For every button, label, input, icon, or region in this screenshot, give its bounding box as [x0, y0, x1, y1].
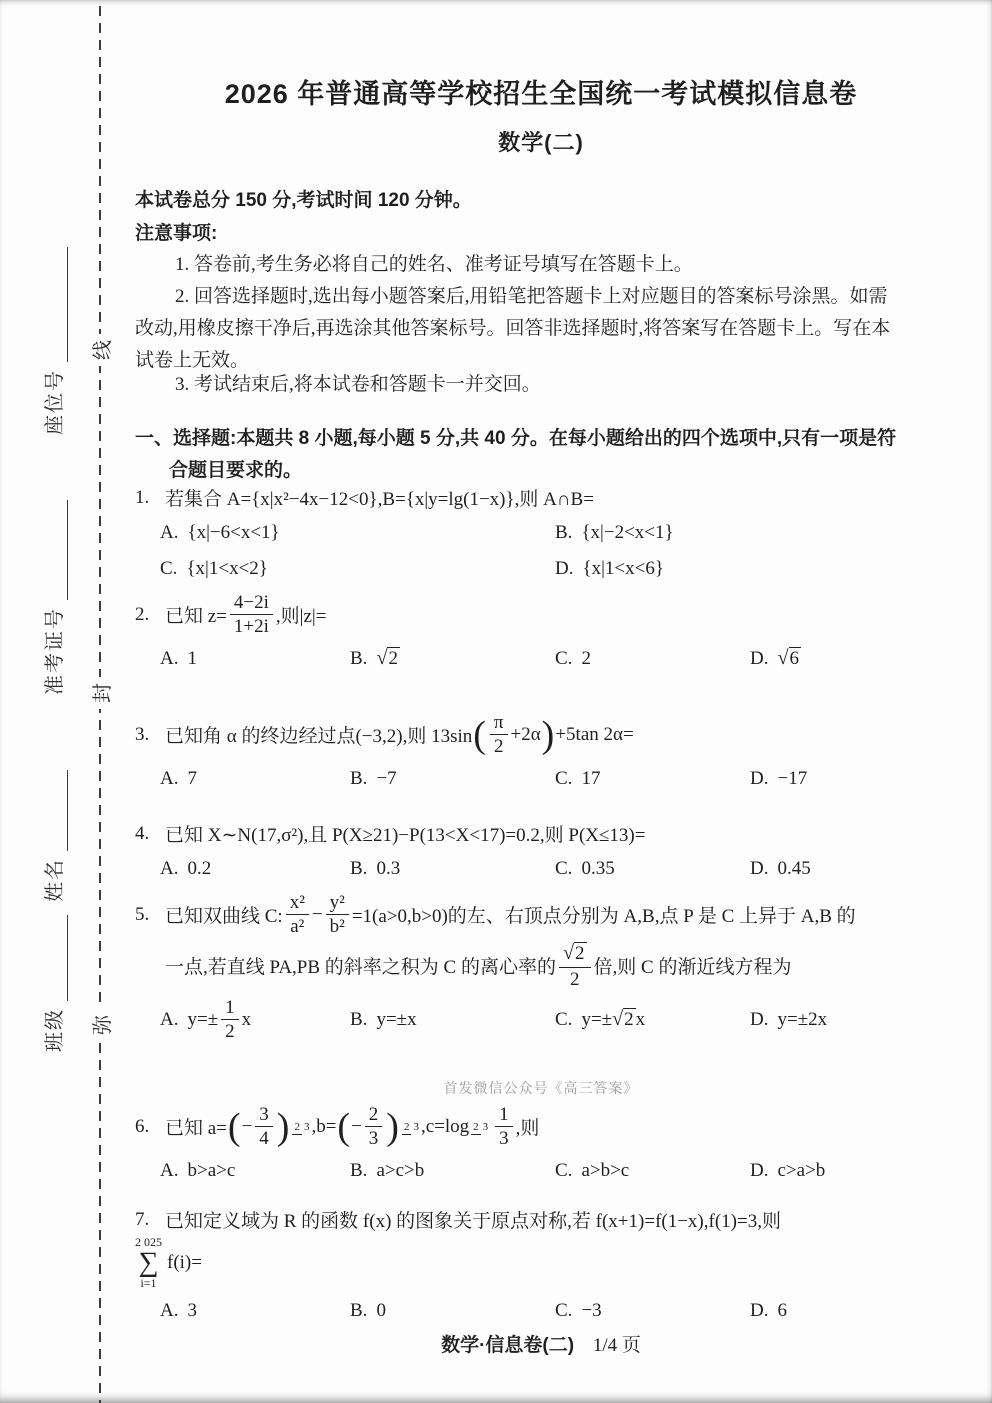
- notice-item-3: 3. 考试结束后,将本试卷和答题卡一并交回。: [135, 370, 947, 400]
- notice-item-2-line1: 2. 回答选择题时,选出每小题答案后,用铅笔把答题卡上对应题目的答案标号涂黑。如…: [135, 282, 947, 312]
- option-a: A.1: [160, 644, 350, 674]
- sqrt: 2: [612, 1008, 636, 1031]
- seal-field-name: 姓名: [42, 770, 68, 902]
- notice-item-1: 1. 答卷前,考生务必将自己的姓名、准考证号填写在答题卡上。: [135, 250, 947, 280]
- option-d: D.c>a>b: [750, 1156, 947, 1186]
- fraction: 23: [365, 1104, 383, 1149]
- seal-field-class: 班级: [42, 915, 68, 1052]
- option-c: C.−3: [555, 1296, 750, 1326]
- option-d: D.y=±2x: [750, 997, 947, 1042]
- question-5: 5. 已知双曲线 C: x²a² − y²b² =1(a>0,b>0)的左、右顶…: [135, 892, 947, 1042]
- section-1-title-line2: 合题目要求的。: [135, 456, 947, 486]
- option-c: C.{x|1<x<2}: [160, 554, 555, 584]
- question-1-options: A.{x|−6<x<1} B.{x|−2<x<1} C.{x|1<x<2} D.…: [135, 518, 947, 584]
- fraction: 13: [495, 1104, 513, 1149]
- question-3: 3. 已知角 α 的终边经过点(−3,2),则 13sin ( π2 +2α )…: [135, 712, 947, 794]
- paper-subtitle: 数学(二): [135, 126, 947, 157]
- question-stem: 已知 X∼N(17,σ²),且 P(X≥21)−P(13<X<17)=0.2,则…: [165, 820, 645, 847]
- question-stem: 若集合 A={x|x²−4x−12<0},B={x|y=lg(1−x)},则 A…: [165, 484, 594, 511]
- question-number: 6.: [135, 1116, 165, 1138]
- sigma-symbol: ∑: [139, 1248, 159, 1277]
- question-3-options: A.7 B.−7 C.17 D.−17: [135, 764, 947, 794]
- option-c: C.y=±2x: [555, 997, 750, 1042]
- option-c: C.17: [555, 764, 750, 794]
- question-2: 2. 已知 z= 4−2i1+2i ,则|z|= A.1 B.2 C.2 D.6: [135, 592, 947, 674]
- option-b: B.0.3: [350, 854, 555, 884]
- question-number: 5.: [135, 904, 165, 926]
- fraction: 34: [255, 1104, 273, 1149]
- exponent-fraction: 23: [402, 1121, 421, 1133]
- seal-field-seat-number: 座位号: [42, 247, 68, 435]
- option-d: D.{x|1<x<6}: [555, 554, 947, 584]
- fraction: 22: [559, 941, 591, 990]
- seat-number-label: 座位号: [42, 369, 68, 435]
- option-d: D.6: [750, 644, 947, 674]
- question-2-options: A.1 B.2 C.2 D.6: [135, 644, 947, 674]
- question-6-options: A.b>a>c B.a>c>b C.a>b>c D.c>a>b: [135, 1156, 947, 1186]
- option-d: D.6: [750, 1296, 947, 1326]
- notice-title: 注意事项:: [135, 219, 947, 249]
- option-b: B.0: [350, 1296, 555, 1326]
- question-number: 4.: [135, 823, 165, 845]
- section-1-title-line1: 一、选择题:本题共 8 小题,每小题 5 分,共 40 分。在每小题给出的四个选…: [135, 424, 947, 454]
- sqrt: 6: [777, 647, 801, 670]
- option-b: B.y=±x: [350, 997, 555, 1042]
- question-number: 1.: [135, 487, 165, 509]
- watermark: 首发微信公众号《高三答案》: [135, 1078, 947, 1098]
- question-number: 2.: [135, 604, 165, 626]
- notice-item-2-line2: 改动,用橡皮擦干净后,再选涂其他答案标号。回答非选择题时,将答案写在答题卡上。写…: [135, 314, 947, 344]
- question-stem: 已知角 α 的终边经过点(−3,2),则 13sin: [165, 721, 472, 748]
- option-a: A.7: [160, 764, 350, 794]
- log-base-fraction: 23: [471, 1121, 490, 1133]
- sqrt: 2: [376, 647, 400, 670]
- question-stem: 已知 a=: [165, 1113, 227, 1140]
- seal-field-admission-number: 准考证号: [42, 500, 68, 695]
- name-label: 姓名: [42, 858, 68, 902]
- option-d: D.0.45: [750, 854, 947, 884]
- question-stem: 已知定义域为 R 的函数 f(x) 的图象关于原点对称,若 f(x+1)=f(1…: [165, 1206, 781, 1233]
- option-a: A.0.2: [160, 854, 350, 884]
- option-b: B.{x|−2<x<1}: [555, 518, 947, 548]
- option-b: B.2: [350, 644, 555, 674]
- question-number: 7.: [135, 1209, 165, 1231]
- exponent-fraction: 23: [292, 1121, 311, 1133]
- exam-summary: 本试卷总分 150 分,考试时间 120 分钟。: [135, 186, 947, 216]
- summation: 2 025∑i=1: [135, 1236, 162, 1289]
- question-4: 4. 已知 X∼N(17,σ²),且 P(X≥21)−P(13<X<17)=0.…: [135, 820, 947, 884]
- admission-number-blank: [46, 500, 68, 600]
- question-stem-continued: 一点,若直线 PA,PB 的斜率之积为 C 的离心率的: [165, 952, 556, 979]
- name-blank: [46, 770, 68, 851]
- question-7-options: A.3 B.0 C.−3 D.6: [135, 1296, 947, 1326]
- footer-page-number: 1/4 页: [593, 1335, 641, 1356]
- seal-char-feng: 封: [84, 677, 116, 709]
- paper-title: 2026 年普通高等学校招生全国统一考试模拟信息卷: [135, 72, 947, 111]
- option-b: B.−7: [350, 764, 555, 794]
- option-c: C.0.35: [555, 854, 750, 884]
- option-c: C.2: [555, 644, 750, 674]
- question-7: 7. 已知定义域为 R 的函数 f(x) 的图象关于原点对称,若 f(x+1)=…: [135, 1206, 947, 1326]
- fraction: 4−2i1+2i: [230, 592, 273, 637]
- option-a: A.3: [160, 1296, 350, 1326]
- fraction: 12: [221, 997, 239, 1042]
- question-number: 3.: [135, 724, 165, 746]
- option-a: A.b>a>c: [160, 1156, 350, 1186]
- fraction: y²b²: [326, 892, 349, 937]
- option-a: A.{x|−6<x<1}: [160, 518, 555, 548]
- question-4-options: A.0.2 B.0.3 C.0.35 D.0.45: [135, 854, 947, 884]
- fraction: π2: [490, 712, 508, 757]
- seal-char-xian: 线: [84, 334, 116, 366]
- option-a: A.y=±12x: [160, 997, 350, 1042]
- question-1: 1. 若集合 A={x|x²−4x−12<0},B={x|y=lg(1−x)},…: [135, 484, 947, 584]
- class-blank: [46, 915, 68, 1001]
- exam-paper-page: 线 封 弥 座位号 准考证号 姓名 班级 2026 年普通高等学校招生全国统一考…: [0, 0, 992, 1403]
- option-b: B.a>c>b: [350, 1156, 555, 1186]
- option-c: C.a>b>c: [555, 1156, 750, 1186]
- question-6: 6. 已知 a= ( − 34 ) 23 ,b= ( − 23 ) 23 ,c=…: [135, 1104, 947, 1186]
- admission-number-label: 准考证号: [42, 607, 68, 695]
- seal-char-mi: 弥: [84, 1009, 116, 1041]
- seat-number-blank: [46, 247, 68, 362]
- page-footer: 数学·信息卷(二) 1/4 页: [135, 1330, 947, 1357]
- question-stem: 已知 z=: [165, 601, 227, 628]
- sqrt: 2: [563, 942, 587, 965]
- question-stem: 已知双曲线 C:: [165, 901, 283, 928]
- option-d: D.−17: [750, 764, 947, 794]
- fraction: x²a²: [286, 892, 309, 937]
- footer-title: 数学·信息卷(二): [441, 1335, 574, 1356]
- question-5-options: A.y=±12x B.y=±x C.y=±2x D.y=±2x: [135, 997, 947, 1042]
- class-label: 班级: [42, 1008, 68, 1052]
